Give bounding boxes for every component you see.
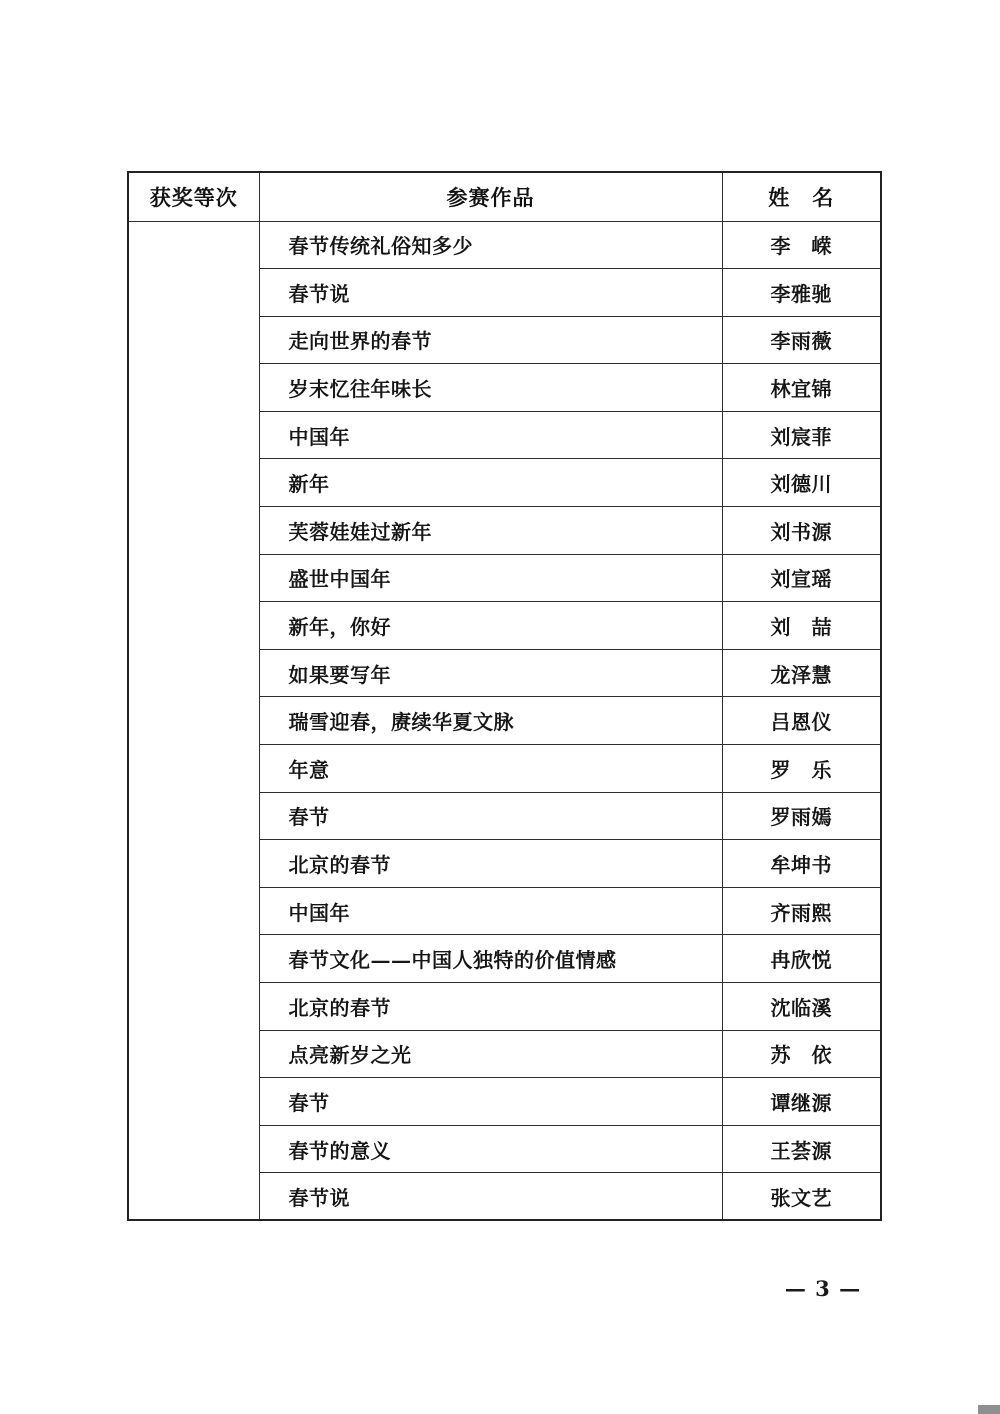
scan-artifact [978, 1405, 1000, 1414]
work-title: 春节 [259, 792, 722, 840]
table-body: 春节传统礼俗知多少李 嵘春节说李雅驰走向世界的春节李雨薇岁末忆往年味长林宜锦中国… [128, 221, 881, 1220]
work-title: 点亮新岁之光 [259, 1030, 722, 1078]
work-title: 北京的春节 [259, 983, 722, 1031]
header-row: 获奖等次 参赛作品 姓 名 [128, 172, 881, 221]
work-title: 北京的春节 [259, 840, 722, 888]
author-name: 刘书源 [722, 507, 881, 555]
author-name: 王荟源 [722, 1125, 881, 1173]
author-name: 罗雨嫣 [722, 792, 881, 840]
work-title: 走向世界的春节 [259, 316, 722, 364]
author-name: 龙泽慧 [722, 649, 881, 697]
work-title: 瑞雪迎春，赓续华夏文脉 [259, 697, 722, 745]
work-title: 芙蓉娃娃过新年 [259, 507, 722, 555]
author-name: 罗 乐 [722, 745, 881, 793]
author-name: 刘宸菲 [722, 411, 881, 459]
author-name: 林宜锦 [722, 364, 881, 412]
work-title: 岁末忆往年味长 [259, 364, 722, 412]
work-title: 新年 [259, 459, 722, 507]
work-title: 新年，你好 [259, 602, 722, 650]
author-name: 刘德川 [722, 459, 881, 507]
work-title: 如果要写年 [259, 649, 722, 697]
author-name: 李雅驰 [722, 269, 881, 317]
author-name: 牟坤书 [722, 840, 881, 888]
award-table-header: 获奖等次 参赛作品 姓 名 [128, 172, 881, 221]
work-title: 春节 [259, 1078, 722, 1126]
author-name: 冉欣悦 [722, 935, 881, 983]
award-table: 获奖等次 参赛作品 姓 名 春节传统礼俗知多少李 嵘春节说李雅驰走向世界的春节李… [127, 171, 882, 1221]
work-title: 春节的意义 [259, 1125, 722, 1173]
author-name: 吕恩仪 [722, 697, 881, 745]
author-name: 刘宣瑶 [722, 554, 881, 602]
table-row: 春节传统礼俗知多少李 嵘 [128, 221, 881, 269]
header-entry-work: 参赛作品 [259, 172, 722, 221]
work-title: 中国年 [259, 887, 722, 935]
scanned-document-page: { "page": { "footer": { "page_number": "… [0, 0, 1000, 1414]
award-tier-cell [128, 221, 259, 1220]
header-name: 姓 名 [722, 172, 881, 221]
author-name: 沈临溪 [722, 983, 881, 1031]
author-name: 齐雨熙 [722, 887, 881, 935]
author-name: 谭继源 [722, 1078, 881, 1126]
author-name: 苏 依 [722, 1030, 881, 1078]
author-name: 张文艺 [722, 1173, 881, 1221]
work-title: 春节说 [259, 269, 722, 317]
work-title: 年意 [259, 745, 722, 793]
work-title: 春节文化——中国人独特的价值情感 [259, 935, 722, 983]
header-award-tier: 获奖等次 [128, 172, 259, 221]
work-title: 春节传统礼俗知多少 [259, 221, 722, 269]
page-number: — 3 — [773, 1276, 873, 1301]
author-name: 刘 喆 [722, 602, 881, 650]
author-name: 李 嵘 [722, 221, 881, 269]
work-title: 中国年 [259, 411, 722, 459]
author-name: 李雨薇 [722, 316, 881, 364]
work-title: 盛世中国年 [259, 554, 722, 602]
work-title: 春节说 [259, 1173, 722, 1221]
